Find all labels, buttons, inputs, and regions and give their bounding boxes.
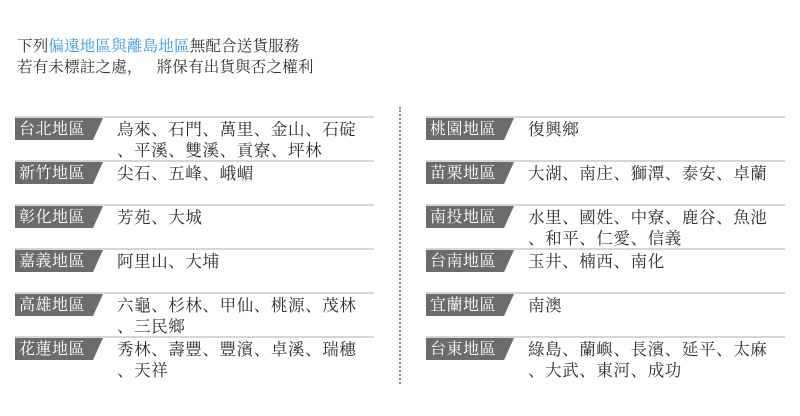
region-places: 芳苑、大城	[117, 206, 374, 228]
region-label: 苗栗地區	[426, 162, 514, 184]
region-row-changhua: 彰化地區 芳苑、大城	[15, 204, 374, 228]
region-row-chiayi: 嘉義地區 阿里山、大埔	[15, 248, 374, 272]
places-line: 大湖、南庄、獅潭、泰安、卓蘭	[528, 163, 785, 184]
places-line: 、三民鄉	[117, 316, 374, 337]
places-line: 、天祥	[117, 360, 374, 381]
places-line: 南澳	[528, 295, 785, 316]
region-label: 彰化地區	[15, 206, 103, 228]
region-row-hsinchu: 新竹地區 尖石、五峰、峨嵋	[15, 160, 374, 184]
notice-accent-remote-areas: 偏遠地區與離島地區	[48, 37, 189, 55]
column-divider	[399, 107, 401, 384]
places-line: 玉井、楠西、南化	[528, 251, 785, 272]
notice-header: 下列偏遠地區與離島地區無配合送貨服務 若有未標註之處，將保有出貨與否之權利	[17, 36, 314, 78]
places-line: 、大武、東河、成功	[528, 360, 785, 381]
region-places: 阿里山、大埔	[117, 250, 374, 272]
places-line: 烏來、石門、萬里、金山、石碇	[117, 119, 374, 140]
region-label: 高雄地區	[15, 294, 103, 316]
region-places: 南澳	[528, 294, 785, 316]
places-line: 綠島、蘭嶼、長濱、延平、太麻	[528, 339, 785, 360]
region-row-miaoli: 苗栗地區 大湖、南庄、獅潭、泰安、卓蘭	[426, 160, 785, 184]
region-places: 綠島、蘭嶼、長濱、延平、太麻 、大武、東河、成功	[528, 338, 785, 381]
places-line: 復興鄉	[528, 119, 785, 140]
region-row-taitung: 台東地區 綠島、蘭嶼、長濱、延平、太麻 、大武、東河、成功	[426, 336, 785, 381]
region-row-nantou: 南投地區 水里、國姓、中寮、鹿谷、魚池 、和平、仁愛、信義	[426, 204, 785, 249]
region-places: 大湖、南庄、獅潭、泰安、卓蘭	[528, 162, 785, 184]
places-line: 尖石、五峰、峨嵋	[117, 163, 374, 184]
notice-line-2-part-1: 若有未標註之處，	[17, 58, 143, 76]
region-places: 水里、國姓、中寮、鹿谷、魚池 、和平、仁愛、信義	[528, 206, 785, 249]
region-row-hualien: 花蓮地區 秀林、壽豐、豐濱、卓溪、瑞穗 、天祥	[15, 336, 374, 381]
notice-prefix: 下列	[17, 37, 48, 55]
region-label: 桃園地區	[426, 118, 514, 140]
region-label: 南投地區	[426, 206, 514, 228]
places-line: 、平溪、雙溪、貢寮、坪林	[117, 140, 374, 161]
places-line: 六龜、杉林、甲仙、桃源、茂林	[117, 295, 374, 316]
notice-line-1: 下列偏遠地區與離島地區無配合送貨服務	[17, 36, 314, 57]
places-line: 秀林、壽豐、豐濱、卓溪、瑞穗	[117, 339, 374, 360]
region-places: 尖石、五峰、峨嵋	[117, 162, 374, 184]
notice-line-2-part-2: 將保有出貨與否之權利	[157, 58, 314, 76]
region-label: 台南地區	[426, 250, 514, 272]
region-places: 玉井、楠西、南化	[528, 250, 785, 272]
places-line: 、和平、仁愛、信義	[528, 228, 785, 249]
region-label: 花蓮地區	[15, 338, 103, 360]
region-label: 台東地區	[426, 338, 514, 360]
region-row-kaohsiung: 高雄地區 六龜、杉林、甲仙、桃源、茂林 、三民鄉	[15, 292, 374, 337]
region-label: 台北地區	[15, 118, 103, 140]
region-places: 六龜、杉林、甲仙、桃源、茂林 、三民鄉	[117, 294, 374, 337]
region-row-yilan: 宜蘭地區 南澳	[426, 292, 785, 316]
region-row-tainan: 台南地區 玉井、楠西、南化	[426, 248, 785, 272]
region-places: 秀林、壽豐、豐濱、卓溪、瑞穗 、天祥	[117, 338, 374, 381]
region-label: 宜蘭地區	[426, 294, 514, 316]
notice-suffix: 無配合送貨服務	[190, 37, 300, 55]
places-line: 阿里山、大埔	[117, 251, 374, 272]
region-label: 嘉義地區	[15, 250, 103, 272]
region-places: 復興鄉	[528, 118, 785, 140]
region-places: 烏來、石門、萬里、金山、石碇 、平溪、雙溪、貢寮、坪林	[117, 118, 374, 161]
places-line: 芳苑、大城	[117, 207, 374, 228]
region-row-taoyuan: 桃園地區 復興鄉	[426, 116, 785, 140]
region-label: 新竹地區	[15, 162, 103, 184]
places-line: 水里、國姓、中寮、鹿谷、魚池	[528, 207, 785, 228]
notice-line-2: 若有未標註之處，將保有出貨與否之權利	[17, 57, 314, 78]
region-row-taipei: 台北地區 烏來、石門、萬里、金山、石碇 、平溪、雙溪、貢寮、坪林	[15, 116, 374, 161]
